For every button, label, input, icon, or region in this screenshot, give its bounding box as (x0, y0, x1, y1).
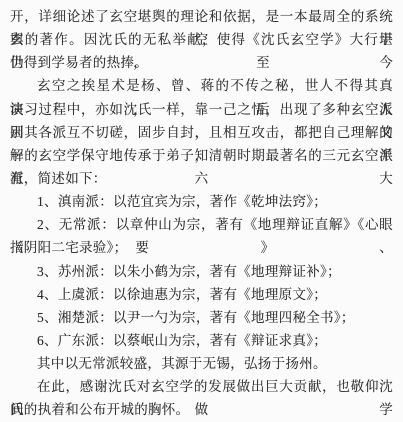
document-page: 开，详细论述了玄空堪舆的理论和依据，是一本最周全的系统玄空堪 舆的著作。因沈氏的… (0, 0, 403, 422)
text-line: 其中以无常派较盛，其源于无锡，弘扬于扬州。 (10, 352, 393, 375)
list-item: 5、湘楚派：以尹一勺为宗，著有《地理四秘全书》； (10, 306, 393, 329)
text-line: 玄空之挨星术是杨、曾、蒋的不传之秘，世人不得其真诀，后人 (10, 74, 393, 97)
list-item: 6、广东派：以蔡岷山为宗，著有《辩证求真》； (10, 329, 393, 352)
list-item: 4、上虞派：以徐迪惠为宗，著有《地理原文》； (10, 283, 393, 306)
list-item: 3、苏州派：以朱小鹤为宗，著有《地理辩证补》； (10, 260, 393, 283)
text-line: 因其各派互不切磋，固步自封，且相互攻击，都把自己理解的一知半 (10, 121, 393, 144)
text-line: 舆的著作。因沈氏的无私举献，使得《沈氏玄空学》大行于世，至今 (10, 28, 393, 51)
list-item: 1、滇南派：以范宜宾为宗，著作《乾坤法窍》； (10, 190, 393, 213)
list-item: 2、无常派：以章仲山为宗，著有《地理辩证直解》《心眼指要》、 (10, 213, 393, 236)
text-line: 在此，感谢沈氏对玄空学的发展做出巨大贡献，也敬仰沈氏做学 (10, 375, 393, 398)
text-line: 解的玄空学保守地传承于弟子，清朝时期最著名的三元玄空派有六大 (10, 144, 393, 167)
text-line: 演习过程中，亦如沈氏一样，靠一己之悟，出现了多种玄空派别，又 (10, 98, 393, 121)
text-line: 开，详细论述了玄空堪舆的理论和依据，是一本最周全的系统玄空堪 (10, 5, 393, 28)
